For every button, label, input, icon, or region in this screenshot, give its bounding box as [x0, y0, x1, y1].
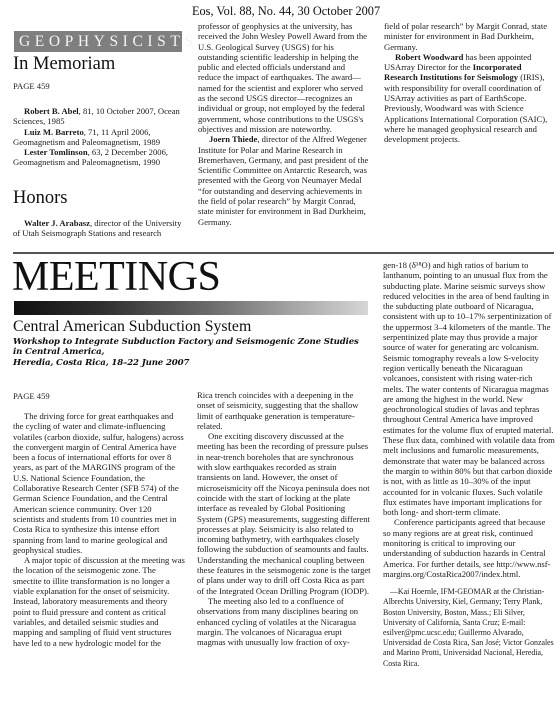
meeting-page-label: PAGE 459 — [13, 391, 50, 401]
section-banner-geophysicists: GEOPHYSICISTS — [14, 31, 182, 52]
memoriam-list: Robert B. Abel, 81, 10 October 2007, Oce… — [13, 106, 185, 168]
meeting-title: Central American Subduction System — [13, 318, 251, 336]
author-signature: —Kai Hoernle, IFM-GEOMAR at the Christia… — [383, 587, 555, 669]
meeting-column-2: Rica trench coincides with a deepening i… — [197, 390, 371, 650]
honors-column-3: Joern Thiede, director of the Alfred Weg… — [384, 21, 554, 171]
heading-in-memoriam: In Memoriam — [13, 54, 115, 75]
meeting-column-1: The driving force for great earthquakes … — [13, 411, 185, 649]
meeting-paragraph: One exciting discovery discussed at the … — [197, 431, 371, 596]
honor-thiede: Joern Thiede, director of the Alfred Weg… — [198, 134, 370, 227]
page-label: PAGE 459 — [13, 81, 50, 91]
running-head: Eos, Vol. 88, No. 44, 30 October 2007 — [192, 4, 412, 19]
meeting-paragraph: gen-18 (δ¹⁸O) and high ratios of barium … — [383, 260, 555, 517]
memoriam-entry: Luiz M. Barreto, 71, 11 April 2006, Geom… — [13, 127, 185, 148]
memoriam-name: Robert B. Abel — [24, 106, 79, 116]
memoriam-entry: Lester Tomlinson, 63, 2 December 2006, G… — [13, 147, 185, 168]
honors-column-2: Walter J. Arabasz, director of the Unive… — [198, 21, 370, 248]
meeting-paragraph: A major topic of discussion at the meeti… — [13, 555, 185, 649]
honor-arabasz-start: Walter J. Arabasz, director of the Unive… — [13, 218, 185, 240]
meeting-paragraph: The driving force for great earthquakes … — [13, 411, 185, 555]
meeting-paragraph: Conference participants agreed that beca… — [383, 517, 555, 579]
memoriam-entry: Robert B. Abel, 81, 10 October 2007, Oce… — [13, 106, 185, 127]
heading-honors: Honors — [13, 188, 67, 209]
meeting-subtitle: Workshop to Integrate Subduction Factory… — [13, 337, 359, 368]
meeting-column-3: gen-18 (δ¹⁸O) and high ratios of barium … — [383, 260, 555, 669]
gradient-rule — [14, 301, 368, 315]
memoriam-name: Luiz M. Barreto — [24, 127, 84, 137]
honor-woodward: Robert Woodward has been appointed USArr… — [384, 52, 554, 145]
meeting-paragraph: Rica trench coincides with a deepening i… — [197, 390, 371, 431]
section-heading-meetings: MEETINGS — [12, 254, 220, 300]
memoriam-name: Lester Tomlinson — [24, 147, 88, 157]
meeting-paragraph: The meeting also led to a confluence of … — [197, 596, 371, 647]
